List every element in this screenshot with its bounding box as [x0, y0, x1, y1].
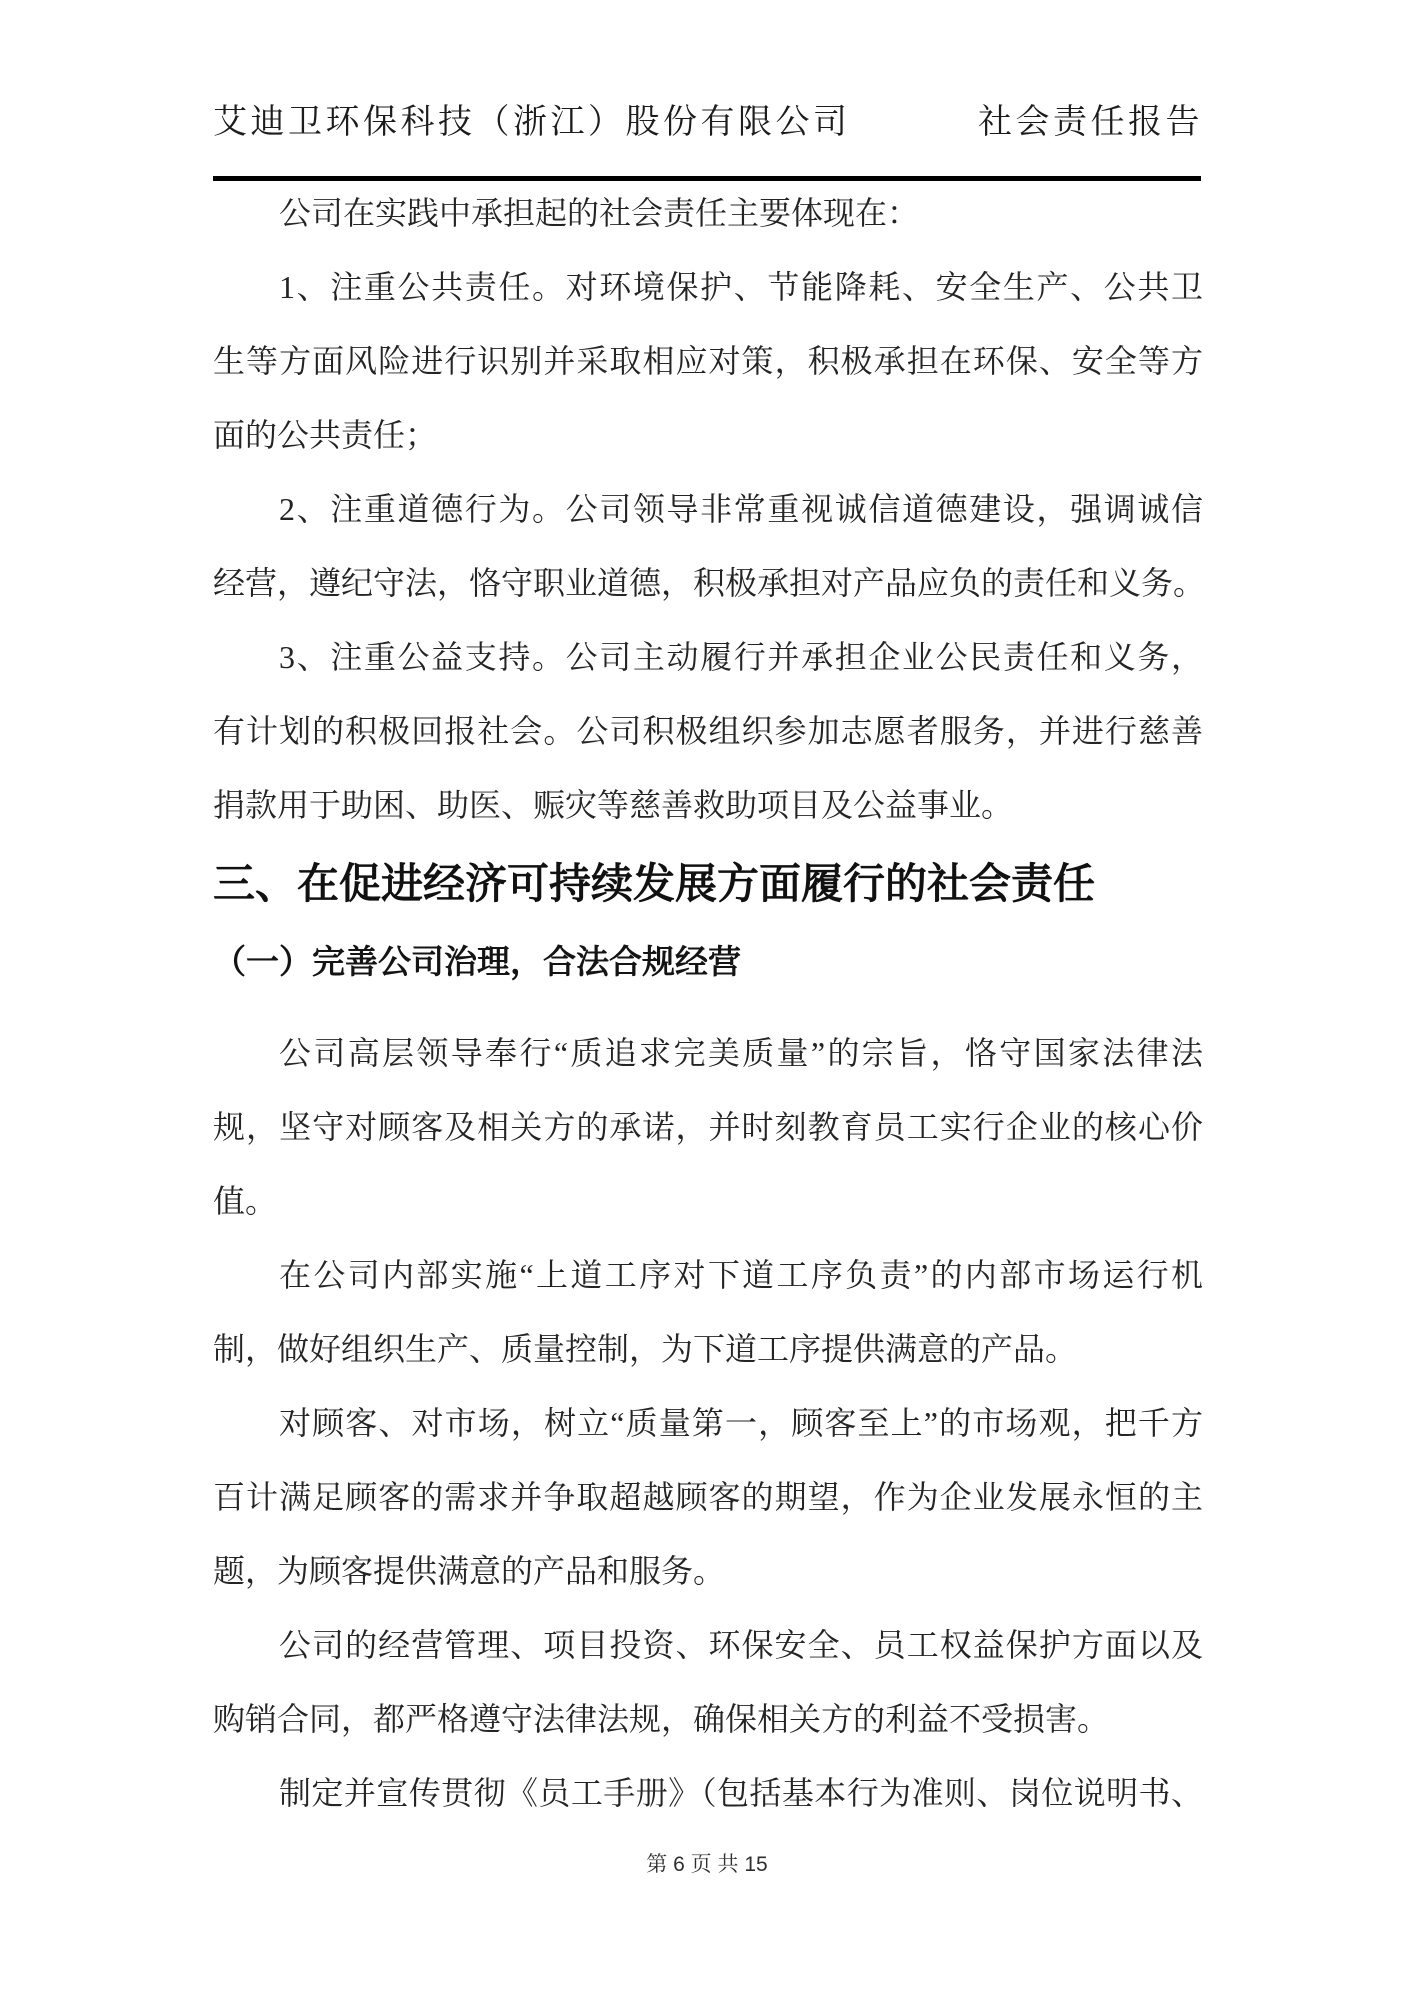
- body-line: 公司的经营管理、项目投资、环保安全、员工权益保护方面以及: [213, 1622, 1203, 1696]
- page-number-label: 第 6 页 共 15: [646, 1853, 767, 1876]
- header-report-title: 社会责任报告: [978, 103, 1203, 143]
- body-line: 面的公共责任；: [213, 412, 1203, 486]
- page-footer: 第 6 页 共 15: [0, 1850, 1414, 1880]
- body-line: 公司高层领导奉行“质追求完美质量”的宗旨，恪守国家法律法: [213, 1030, 1203, 1104]
- body-line: 经营，遵纪守法，恪守职业道德，积极承担对产品应负的责任和义务。: [213, 560, 1203, 634]
- header-divider-rule: [213, 176, 1201, 181]
- body-line: 百计满足顾客的需求并争取超越顾客的期望，作为企业发展永恒的主: [213, 1474, 1203, 1548]
- body-line: 3、注重公益支持。公司主动履行并承担企业公民责任和义务，: [213, 634, 1203, 708]
- body-line: 捐款用于助困、助医、赈灾等慈善救助项目及公益事业。: [213, 782, 1203, 856]
- body-line: 1、注重公共责任。对环境保护、节能降耗、安全生产、公共卫: [213, 264, 1203, 338]
- header-company-name: 艾迪卫环保科技（浙江）股份有限公司: [213, 103, 851, 143]
- section-subheading: （一）完善公司治理，合法合规经营: [213, 940, 1203, 1030]
- body-line: 在公司内部实施“上道工序对下道工序负责”的内部市场运行机: [213, 1252, 1203, 1326]
- document-page: 艾迪卫环保科技（浙江）股份有限公司 社会责任报告 公司在实践中承担起的社会责任主…: [0, 0, 1414, 2000]
- body-line: 生等方面风险进行识别并采取相应对策，积极承担在环保、安全等方: [213, 338, 1203, 412]
- body-line: 题，为顾客提供满意的产品和服务。: [213, 1548, 1203, 1622]
- body-line: 有计划的积极回报社会。公司积极组织参加志愿者服务，并进行慈善: [213, 708, 1203, 782]
- body-line: 制定并宣传贯彻《员工手册》（包括基本行为准则、岗位说明书、: [213, 1770, 1203, 1844]
- section-heading: 三、在促进经济可持续发展方面履行的社会责任: [213, 856, 1203, 940]
- body-line: 2、注重道德行为。公司领导非常重视诚信道德建设，强调诚信: [213, 486, 1203, 560]
- body-line: 值。: [213, 1178, 1203, 1252]
- body-line: 公司在实践中承担起的社会责任主要体现在：: [213, 190, 1203, 264]
- body-line: 规，坚守对顾客及相关方的承诺，并时刻教育员工实行企业的核心价: [213, 1104, 1203, 1178]
- body-line: 对顾客、对市场，树立“质量第一，顾客至上”的市场观，把千方: [213, 1400, 1203, 1474]
- document-body: 公司在实践中承担起的社会责任主要体现在： 1、注重公共责任。对环境保护、节能降耗…: [213, 190, 1203, 1844]
- body-line: 制，做好组织生产、质量控制，为下道工序提供满意的产品。: [213, 1326, 1203, 1400]
- page-header: 艾迪卫环保科技（浙江）股份有限公司 社会责任报告: [213, 103, 1203, 143]
- body-line: 购销合同，都严格遵守法律法规，确保相关方的利益不受损害。: [213, 1696, 1203, 1770]
